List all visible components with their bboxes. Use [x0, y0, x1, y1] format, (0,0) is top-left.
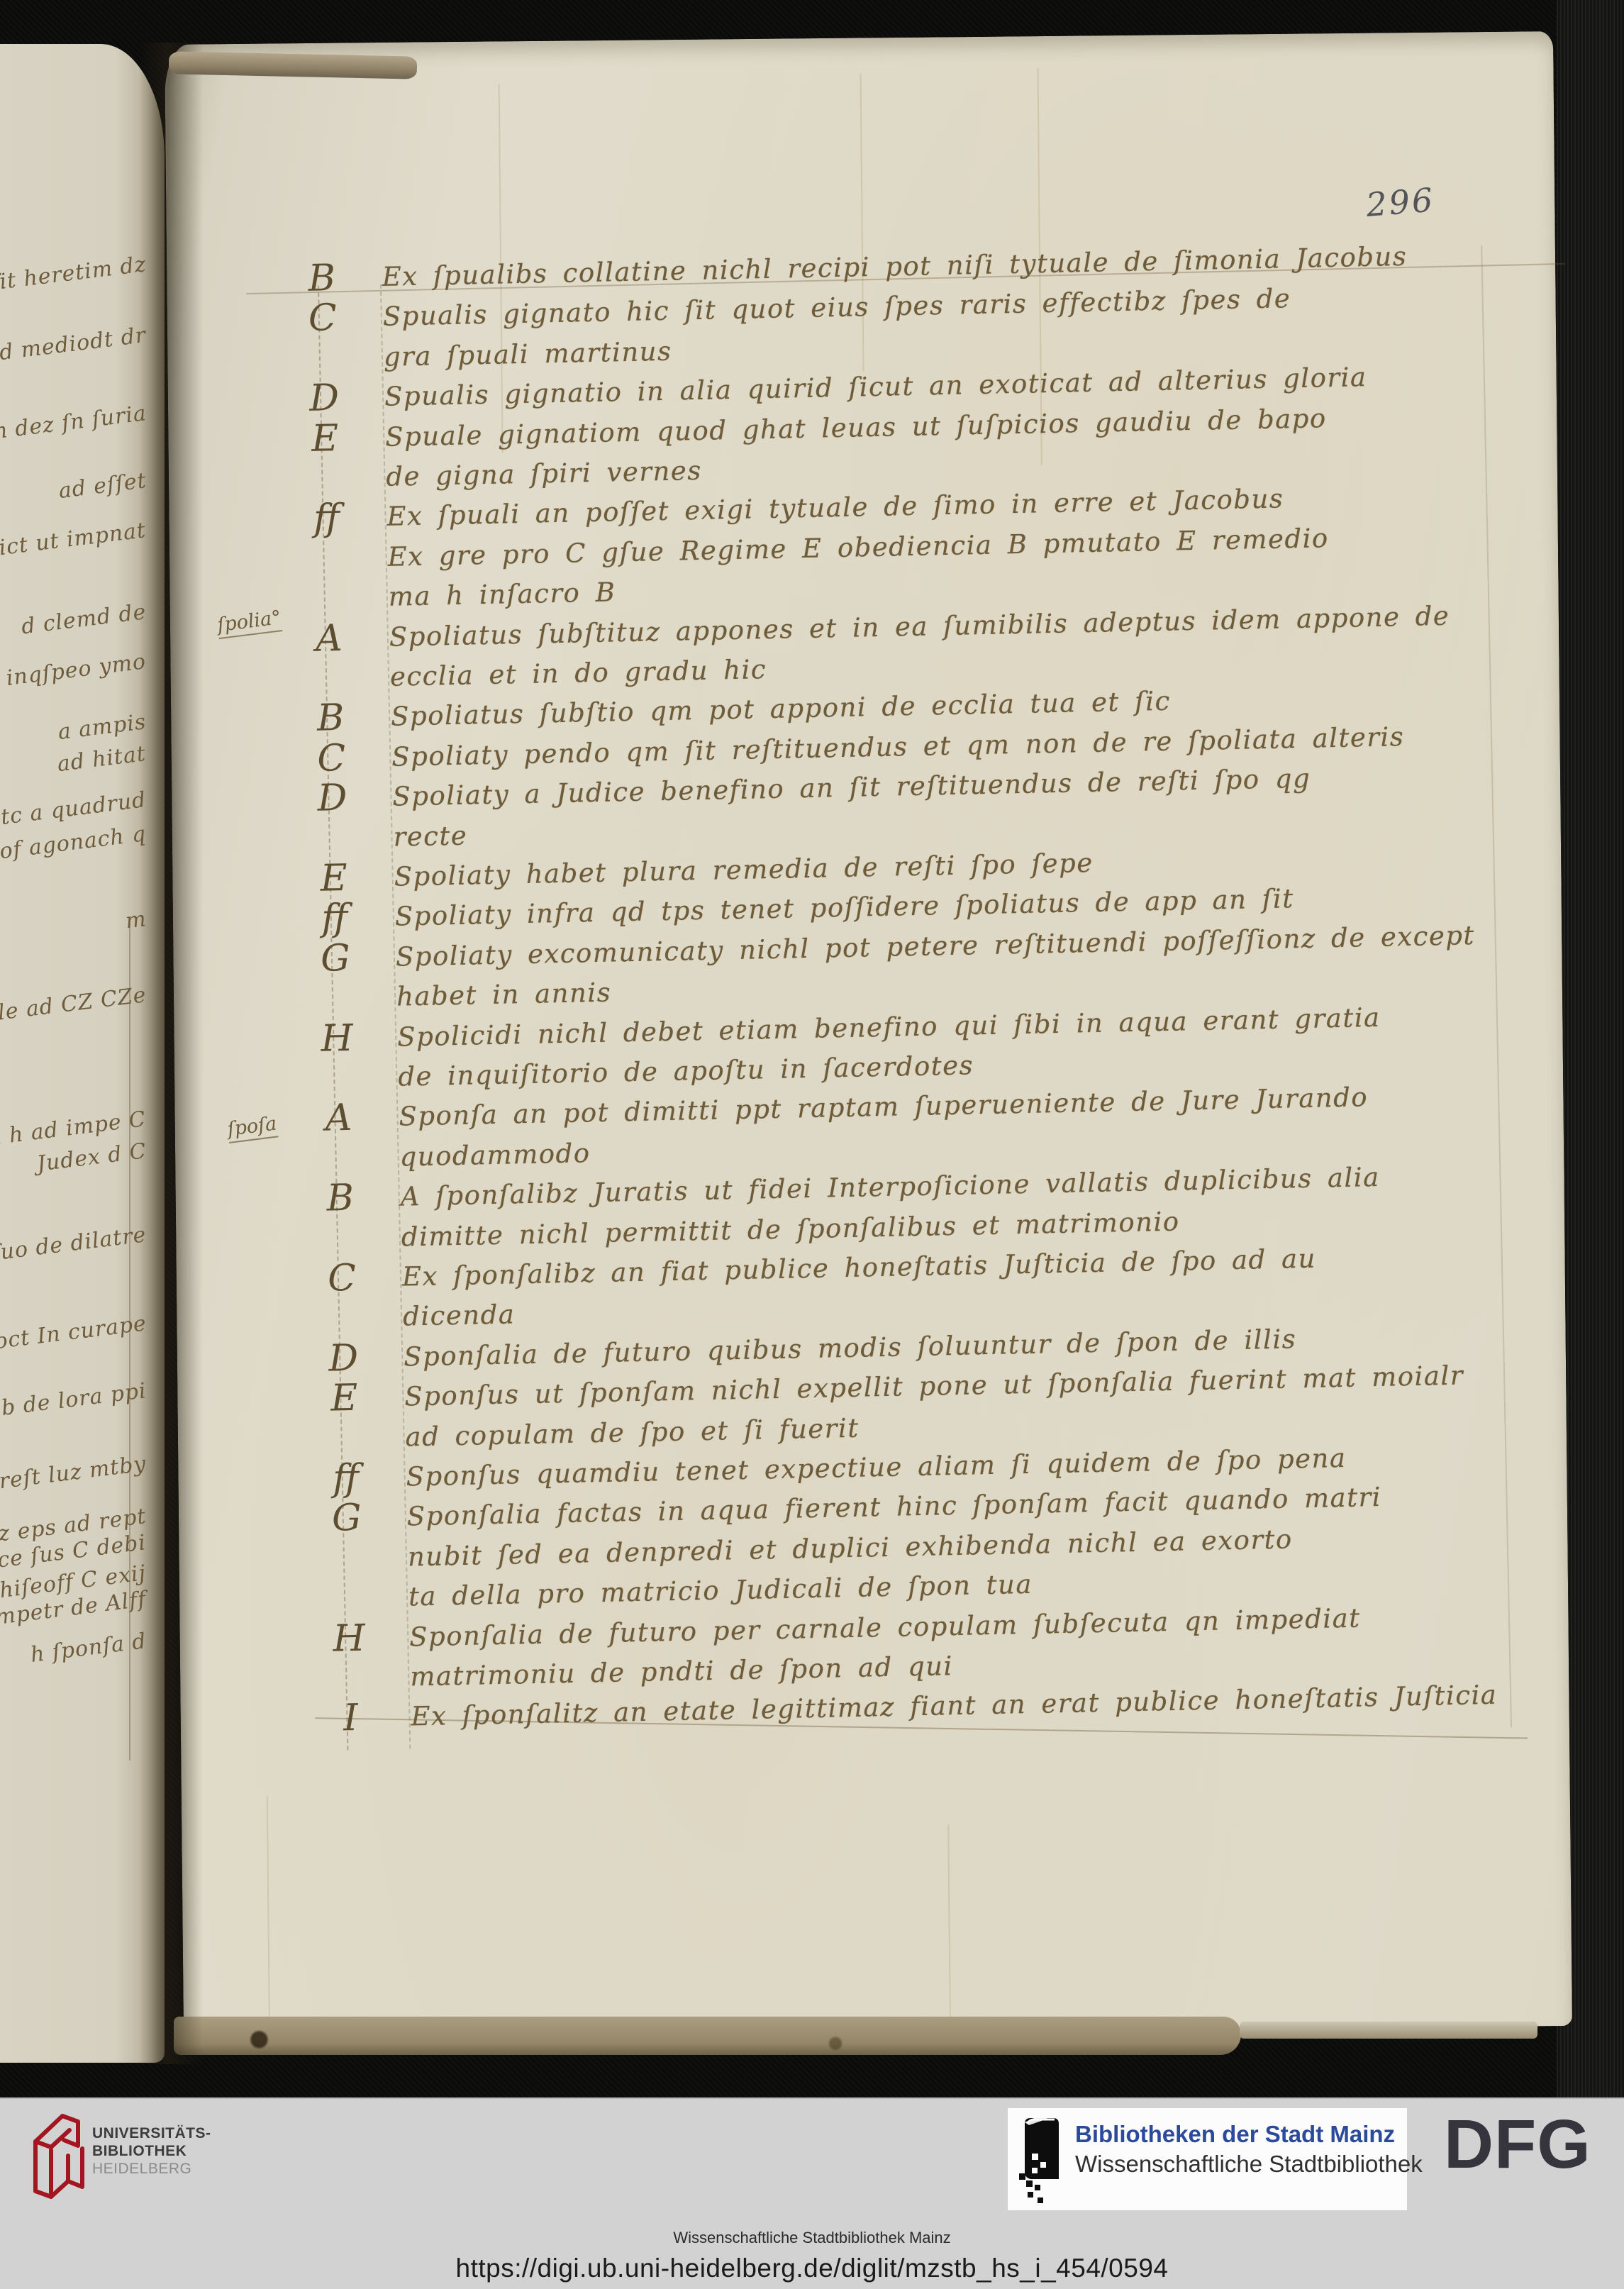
book-block-edge — [174, 2017, 1241, 2055]
entry-initial: B — [279, 256, 365, 300]
entry-initial: H — [294, 1016, 380, 1060]
entry-initial: C — [279, 296, 365, 340]
entry-initial: D — [301, 1336, 386, 1380]
entry-initial: C — [289, 736, 374, 780]
book-icon — [1019, 2112, 1067, 2205]
photo-background: m ſit heretim dz eiud mediodt dr m dez ſ… — [0, 0, 1624, 2097]
left-page-line: ele ad CZ CZe — [0, 982, 148, 1027]
heidelberg-line3: HEIDELBERG — [92, 2160, 211, 2178]
left-page-line: dict ut impnat — [0, 518, 148, 562]
left-page-line: nub de lora ppi — [0, 1378, 148, 1424]
entry-initial: B — [288, 696, 374, 740]
mainz-logo-text: Bibliotheken der Stadt Mainz Wissenschaf… — [1075, 2119, 1423, 2179]
entry-initial: A — [296, 1096, 382, 1140]
mainz-line2: Wissenschaftliche Stadtbibliothek — [1075, 2149, 1423, 2179]
entry-text: de gigna ſpiri vernes — [386, 455, 702, 492]
entry-text: recte — [393, 821, 467, 853]
image-url: https://digi.ub.uni-heidelberg.de/diglit… — [0, 2254, 1624, 2283]
left-page-line: d clemd de — [20, 599, 148, 639]
book-block-edge-right — [1240, 2022, 1537, 2039]
entry-initial: G — [292, 936, 378, 980]
caption: Wissenschaftliche Stadtbibliothek Mainz — [0, 2229, 1624, 2247]
entry-text: quodammodo — [399, 1138, 591, 1172]
book-page: 296 ſpolia° ſpoſa BEx ſpualibs collatine… — [165, 31, 1572, 2039]
entry-initial: D — [289, 776, 375, 820]
entry-initial: ff — [291, 896, 377, 940]
left-page-line: ze ſuo de dilatre — [0, 1222, 148, 1270]
entry-text: habet in annis — [396, 977, 612, 1012]
heidelberg-line1: UNIVERSITÄTS- — [92, 2124, 211, 2142]
entry-initial: C — [299, 1256, 384, 1300]
left-page-line: m ſit heretim dz — [0, 252, 148, 299]
left-page-line: oct In curape — [0, 1311, 148, 1354]
entry-initial: B — [297, 1176, 383, 1220]
heidelberg-line2: BIBLIOTHEK — [92, 2142, 211, 2160]
entry-initial: A — [286, 616, 372, 660]
dfg-logo: DFG — [1444, 2105, 1591, 2184]
left-page-line: v inqſpeo ymo — [0, 649, 148, 693]
mainz-line1: Bibliotheken der Stadt Mainz — [1075, 2119, 1423, 2149]
left-page-line: ad eſſet — [57, 468, 148, 504]
entry-initial: G — [304, 1496, 389, 1540]
left-page-line: m dez ſn ſuria — [0, 401, 148, 445]
entry-initial: ff — [303, 1456, 389, 1500]
entry-text: dicenda — [403, 1299, 516, 1331]
left-page-line: eiud mediodt dr — [0, 323, 148, 370]
text-block: ſpolia° ſpoſa BEx ſpualibs collatine nic… — [165, 17, 1593, 2039]
left-page-line: ad hitat — [56, 741, 148, 777]
entry-initial: I — [308, 1696, 394, 1740]
entry-text: ma h inſacro B — [388, 577, 616, 611]
entry-initial: E — [301, 1376, 387, 1420]
footer: UNIVERSITÄTS- BIBLIOTHEK HEIDELBERG — [0, 2097, 1624, 2289]
left-page-line: of agonach q — [0, 821, 148, 864]
heidelberg-logo-text: UNIVERSITÄTS- BIBLIOTHEK HEIDELBERG — [92, 2124, 211, 2178]
entry-initial: H — [306, 1617, 392, 1661]
open-books-icon — [28, 2109, 87, 2202]
entry-text: gra ſpuali martinus — [384, 336, 672, 372]
gutter-shadow — [139, 43, 203, 2064]
entry-initial: ff — [284, 496, 369, 540]
left-page-line: c reſt luz mtby — [0, 1451, 148, 1497]
mainz-logo: Bibliotheken der Stadt Mainz Wissenschaf… — [1008, 2108, 1407, 2210]
left-page-line: Judex d C — [35, 1138, 148, 1177]
left-page-line: a ampis — [57, 709, 148, 745]
entry-initial: E — [291, 856, 377, 900]
entry-initial: D — [282, 376, 367, 420]
heidelberg-logo: UNIVERSITÄTS- BIBLIOTHEK HEIDELBERG — [28, 2109, 284, 2208]
entry-initial: E — [282, 416, 368, 460]
